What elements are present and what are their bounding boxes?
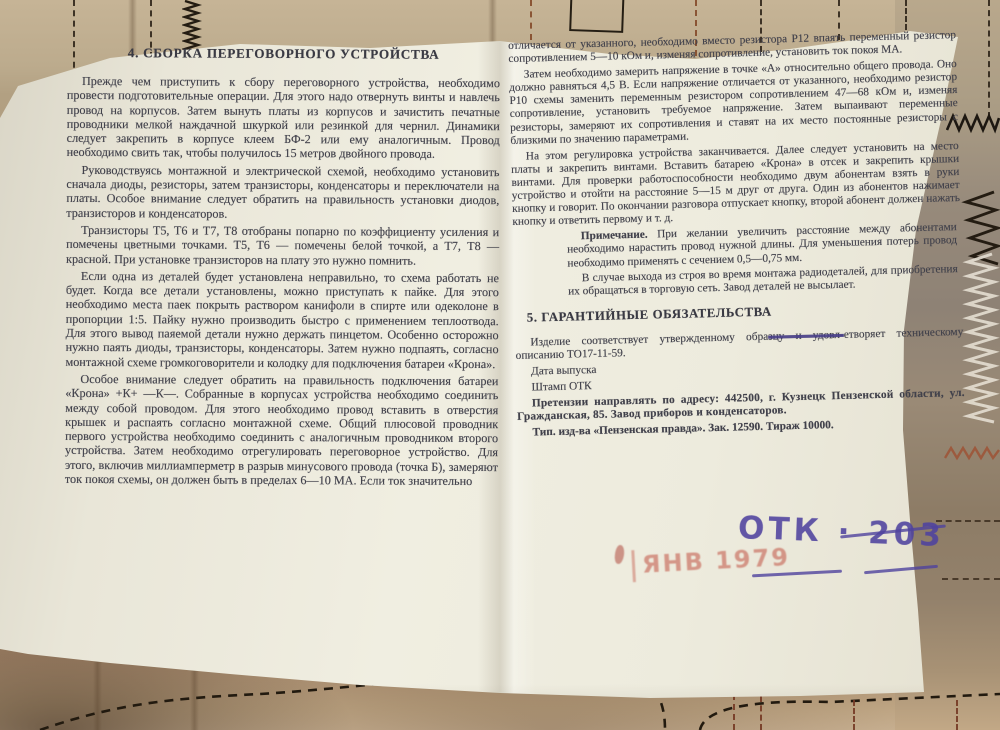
stitch-line [733,694,735,730]
left-column: 4. СБОРКА ПЕРЕГОВОРНОГО УСТРОЙСТВА Прежд… [65,45,500,492]
paragraph: Если одна из деталей будет установлена н… [65,269,499,371]
paragraph: Транзисторы Т5, Т6 и Т7, Т8 отобраны поп… [66,223,499,268]
stitch-line [988,0,990,118]
note-paragraph: Примечание. При желании увеличить рассто… [567,221,958,270]
stitched-square [569,0,625,33]
photo-of-instruction-leaflet: { "doc": { "left": { "heading": "4. СБОР… [0,0,1000,730]
note-block: Примечание. При желании увеличить рассто… [567,221,959,298]
stitch-line [905,0,907,30]
section-heading-assembly: 4. СБОРКА ПЕРЕГОВОРНОГО УСТРОЙСТВА [67,45,500,63]
warranty-struck: зцу и удовл- [768,329,844,343]
stitch-line [853,700,855,730]
paragraph: На этом регулировка устройства заканчива… [511,140,961,229]
paragraph: Прежде чем приступить к сбору переговорн… [67,74,500,162]
stitch-line [956,700,958,730]
warranty-pre: Изделие соответствует утвержденному обра [530,331,768,349]
paragraph: Особое внимание следует обратить на прав… [65,372,499,489]
stitch-line [936,520,1000,522]
stitch-line [760,696,762,730]
right-column: отличается от указанного, необходимо вме… [508,29,966,443]
note-label: Примечание. [581,229,648,243]
section-heading-warranty: 5. ГАРАНТИЙНЫЕ ОБЯЗАТЕЛЬСТВА [527,301,963,325]
paragraph: Затем необходимо замерить напряжение в т… [509,58,959,147]
red-zigzag-stitch [944,444,1000,462]
stitch-line [530,0,532,40]
stitch-line [942,578,1000,580]
paragraph: Руководствуясь монтажной и электрической… [66,163,499,222]
